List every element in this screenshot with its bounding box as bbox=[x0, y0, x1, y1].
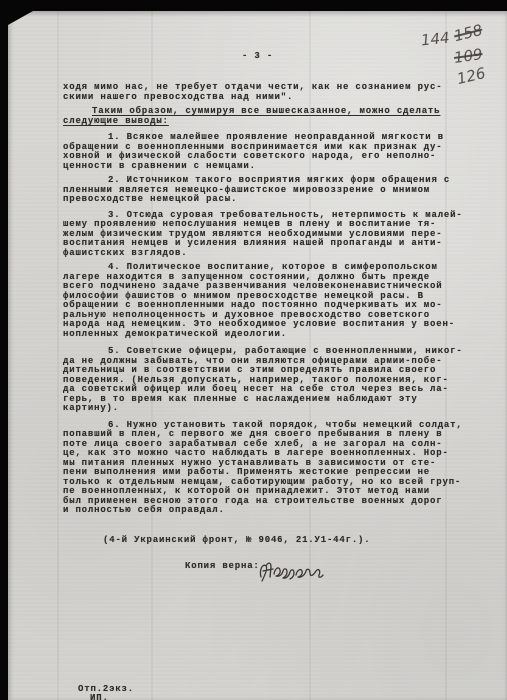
intro-paragraph: ходя мимо нас, не требует отдачи чести, … bbox=[63, 83, 479, 102]
document-page: - 3 - 144 158 109 126 ходя мимо нас, не … bbox=[8, 11, 507, 700]
signature-scribble bbox=[255, 553, 325, 589]
conclusion-paragraph-2: 2. Источником такого восприятия мягких ф… bbox=[63, 176, 479, 205]
conclusion-paragraph-5: 5. Советские офицеры, работающие с военн… bbox=[63, 347, 479, 414]
scanned-document: - 3 - 144 158 109 126 ходя мимо нас, не … bbox=[0, 0, 507, 700]
source-reference: (4-й Украинский фронт, № 9046, 21.У1-44г… bbox=[63, 536, 479, 546]
typist-initials: ИП. bbox=[90, 694, 109, 700]
handwritten-archive-number-struck: 158 bbox=[453, 23, 484, 44]
handwritten-archive-number-struck: 109 bbox=[453, 47, 483, 66]
conclusion-paragraph-3: 3. Отсюда суровая требовательность, нете… bbox=[63, 211, 479, 259]
page-number: - 3 - bbox=[8, 52, 507, 62]
conclusion-paragraph-4: 4. Политическое воспитание, которое в си… bbox=[63, 263, 479, 339]
conclusion-paragraph-1: 1. Всякое малейшее проявление неоправдан… bbox=[63, 133, 479, 171]
summary-heading: Таким образом, суммируя все вышесказанно… bbox=[63, 107, 479, 126]
conclusion-paragraph-6: 6. Нужно установить такой порядок, чтобы… bbox=[63, 421, 479, 516]
document-body: ходя мимо нас, не требует отдачи чести, … bbox=[63, 83, 479, 545]
certification-label: Копия верна: bbox=[185, 562, 260, 572]
handwritten-archive-number: 144 bbox=[420, 31, 450, 49]
paper-fold-line bbox=[57, 11, 59, 700]
